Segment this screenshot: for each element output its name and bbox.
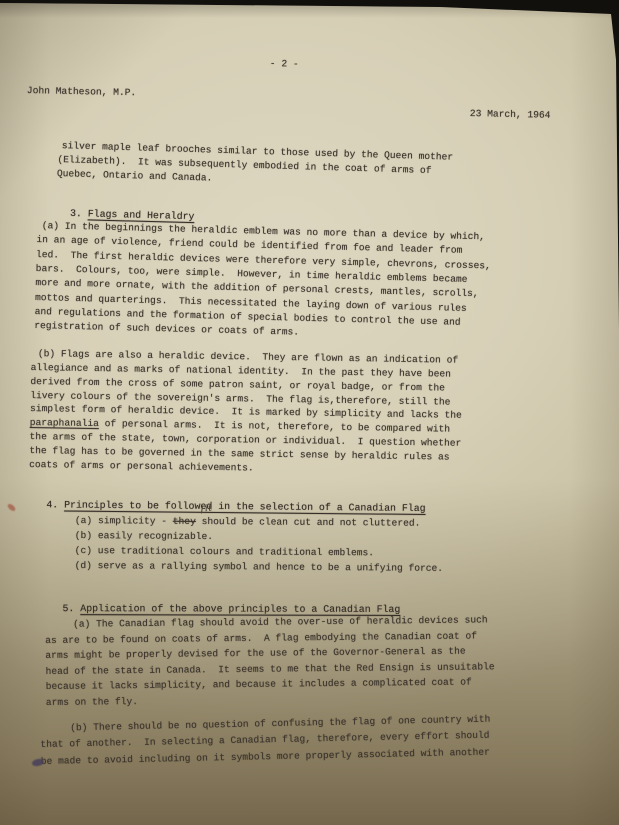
section-5-paragraph-b: (b) There should be no question of confu… [40, 712, 491, 770]
annotated-text: they [173, 516, 196, 527]
page-number: - 2 - [270, 57, 299, 72]
date-line: 23 March, 1964 [470, 107, 551, 123]
section-5-paragraph-a: (a) The Canadian flag should avoid the o… [45, 612, 495, 710]
text-line: (d) serve as a rallying symbol and hence… [75, 558, 444, 576]
section-4-number: 4. [46, 500, 64, 511]
author-line: John Matheson, M.P. [27, 84, 137, 101]
section-5-number: 5. [62, 603, 80, 614]
text-segment: should be clean cut and not cluttered. [196, 516, 421, 529]
typewritten-page: - 2 - John Matheson, M.P. 23 March, 1964… [0, 0, 619, 825]
section-3-paragraph-a: (a) In the beginnings the heraldic emble… [34, 219, 492, 345]
document-photo: - 2 - John Matheson, M.P. 23 March, 1964… [0, 0, 619, 825]
text-line: arms on the fly. [46, 690, 495, 710]
text-segment: (a) simplicity - [75, 515, 173, 527]
handwritten-insertion: it [201, 502, 213, 518]
section-4-title: Principles to be followed in the selecti… [64, 500, 426, 514]
section-3-number: 3. [70, 208, 88, 219]
section-3-paragraph-b: (b) Flags are also a heraldic device. Th… [29, 347, 463, 478]
annotated-text: paraphanalia [30, 417, 99, 429]
section-4-principles-list: it (a) simplicity - they should be clean… [75, 513, 444, 576]
intro-paragraph: silver maple leaf brooches similar to th… [57, 139, 454, 193]
